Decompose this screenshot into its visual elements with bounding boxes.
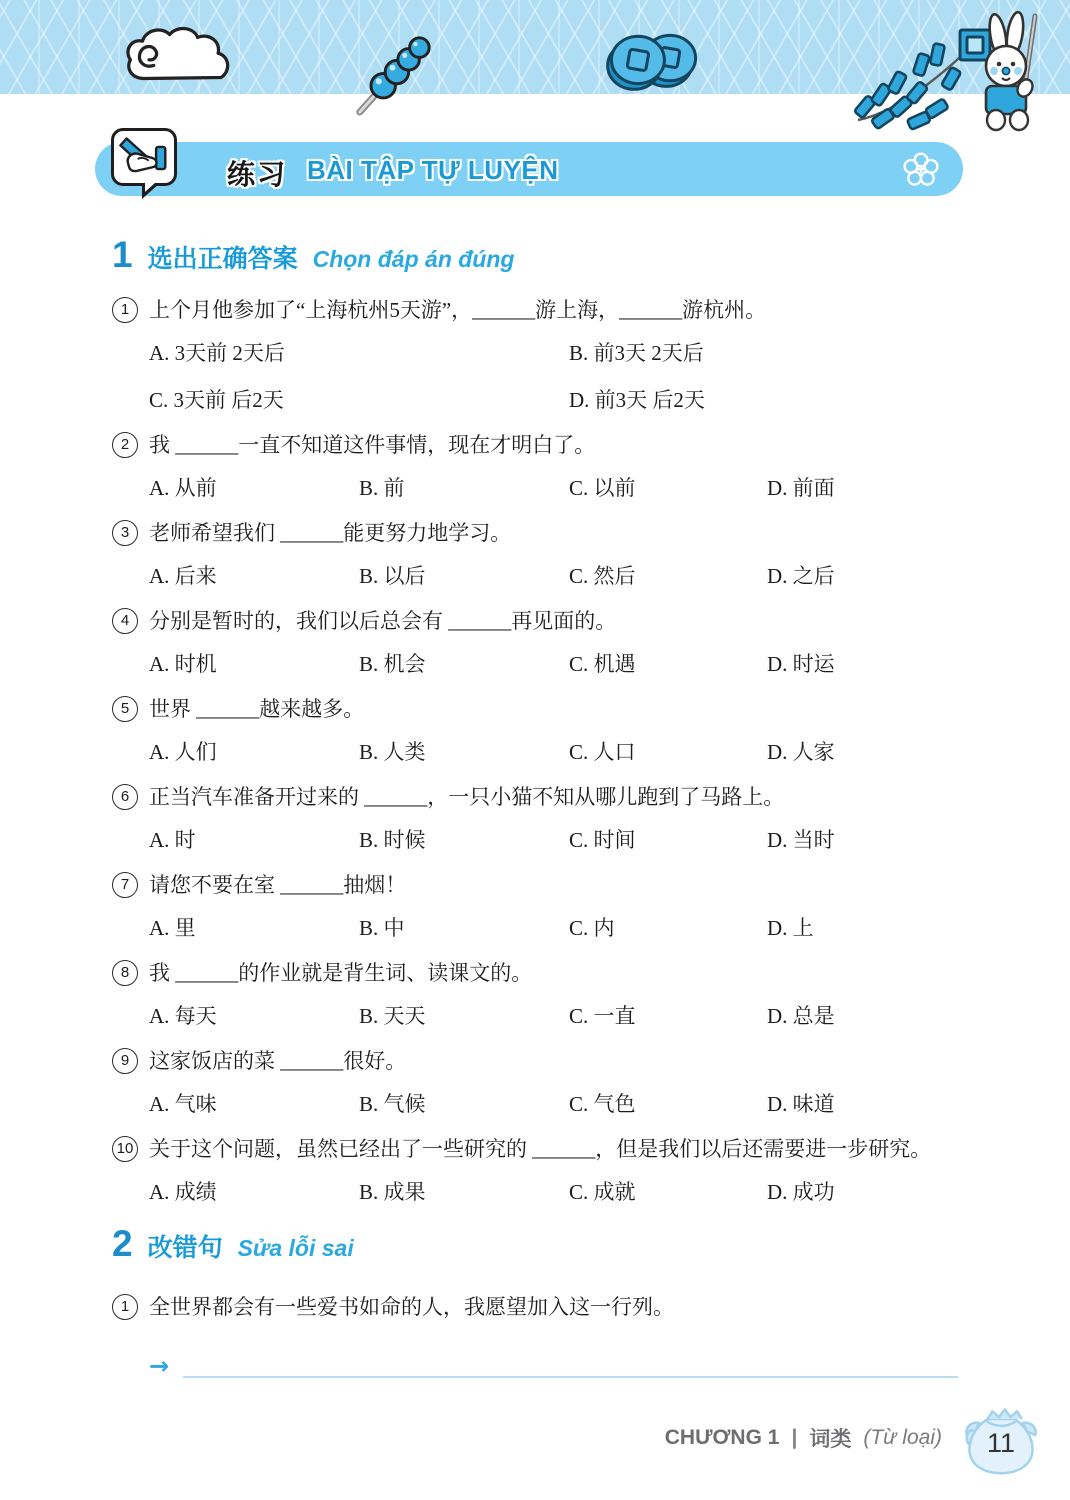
question-text: 关于这个问题，虽然已经出了一些研究的 ______，但是我们以后还需要进一步研究… [149,1134,964,1164]
option-b: B. 前3天 2天后 [569,338,964,368]
question-text: 全世界都会有一些爱书如命的人，我愿望加入这一行列。 [149,1292,964,1322]
option-c: C. 然后 [569,561,767,591]
question-number: 2 [112,432,138,458]
question-text: 世界 ______越来越多。 [149,694,964,724]
option-b: B. 天天 [359,1001,569,1031]
option-c: C. 一直 [569,1001,767,1031]
money-bag-icon: 11 [958,1398,1044,1478]
page-number: 11 [958,1428,1044,1459]
option-d: D. 上 [767,913,964,943]
option-a: A. 每天 [149,1001,359,1031]
option-d: D. 当时 [767,825,964,855]
question-1: 1 上个月他参加了“上海杭州5天游”，______游上海，______游杭州。 … [112,295,964,415]
page-content: 1 选出正确答案 Chọn đáp án đúng 1 上个月他参加了“上海杭州… [112,236,964,1393]
section2-number: 2 [112,1225,133,1262]
question-3: 3 老师希望我们 ______能更努力地学习。 A. 后来 B. 以后 C. 然… [112,518,964,591]
option-d: D. 味道 [767,1089,964,1119]
question-text: 分别是暂时的，我们以后总会有 ______再见面的。 [149,606,964,636]
section2-title-cn: 改错句 [148,1228,223,1264]
option-a: A. 人们 [149,737,359,767]
option-a: A. 时 [149,825,359,855]
question-number: 1 [112,297,138,323]
question-8: 8 我 ______的作业就是背生词、读课文的。 A. 每天 B. 天天 C. … [112,958,964,1031]
options-row: A. 3天前 2天后 B. 前3天 2天后 C. 3天前 后2天 D. 前3天 … [149,338,964,415]
option-b: B. 中 [359,913,569,943]
option-b: B. 气候 [359,1089,569,1119]
footer-topic-vi: (Từ loại) [863,1426,942,1450]
question-text: 这家饭店的菜 ______很好。 [149,1046,964,1076]
option-d: D. 前面 [767,473,964,503]
question-text: 我 ______一直不知道这件事情，现在才明白了。 [149,430,964,460]
footer-chapter: CHƯƠNG 1 [665,1426,780,1450]
question-text: 我 ______的作业就是背生词、读课文的。 [149,958,964,988]
options-row: A. 每天 B. 天天 C. 一直 D. 总是 [149,1001,964,1031]
option-d: D. 成功 [767,1177,964,1207]
section1-title-cn: 选出正确答案 [148,239,298,275]
option-b: B. 前 [359,473,569,503]
option-a: A. 成绩 [149,1177,359,1207]
banner-title-vi: BÀI TẬP TỰ LUYỆN [307,155,559,186]
arrow-icon: → [149,1354,169,1378]
cloud-icon [122,24,234,90]
option-a: A. 从前 [149,473,359,503]
options-row: A. 时机 B. 机会 C. 机遇 D. 时运 [149,649,964,679]
coins-icon [602,22,706,96]
answer-blank-line [183,1356,958,1378]
tanghulu-icon [348,30,436,118]
option-d: D. 人家 [767,737,964,767]
question-text: 上个月他参加了“上海杭州5天游”，______游上海，______游杭州。 [149,295,964,325]
question-9: 9 这家饭店的菜 ______很好。 A. 气味 B. 气候 C. 气色 D. … [112,1046,964,1119]
options-row: A. 里 B. 中 C. 内 D. 上 [149,913,964,943]
options-row: A. 从前 B. 前 C. 以前 D. 前面 [149,473,964,503]
question-number: 10 [112,1136,138,1162]
section1-title-vi: Chọn đáp án đúng [313,246,515,273]
option-d: D. 前3天 后2天 [569,385,964,415]
option-b: B. 成果 [359,1177,569,1207]
option-d: D. 时运 [767,649,964,679]
option-a: A. 3天前 2天后 [149,338,569,368]
section1-number: 1 [112,236,133,273]
question-number: 6 [112,784,138,810]
option-b: B. 时候 [359,825,569,855]
question-6: 6 正当汽车准备开过来的 ______，一只小猫不知从哪儿跑到了马路上。 A. … [112,782,964,855]
option-b: B. 以后 [359,561,569,591]
option-a: A. 时机 [149,649,359,679]
option-c: C. 机遇 [569,649,767,679]
speech-bubble [111,128,177,186]
page-footer: CHƯƠNG 1 | 词类 (Từ loại) 11 [0,1398,1044,1478]
section2-heading: 2 改错句 Sửa lỗi sai [112,1225,964,1264]
option-c: C. 成就 [569,1177,767,1207]
answer-row: → [149,1354,964,1378]
plum-blossom-icon [899,150,943,190]
options-row: A. 人们 B. 人类 C. 人口 D. 人家 [149,737,964,767]
rewrite-question-1: 1 全世界都会有一些爱书如命的人，我愿望加入这一行列。 → [112,1292,964,1378]
question-number: 3 [112,520,138,546]
option-a: A. 里 [149,913,359,943]
question-2: 2 我 ______一直不知道这件事情，现在才明白了。 A. 从前 B. 前 C… [112,430,964,503]
question-text: 老师希望我们 ______能更努力地学习。 [149,518,964,548]
question-text: 请您不要在室 ______抽烟！ [149,870,964,900]
question-number: 7 [112,872,138,898]
question-5: 5 世界 ______越来越多。 A. 人们 B. 人类 C. 人口 D. 人家 [112,694,964,767]
option-a: A. 后来 [149,561,359,591]
header-decor-band [0,0,1070,94]
footer-topic-cn: 词类 [809,1423,851,1453]
option-c: C. 时间 [569,825,767,855]
option-b: B. 机会 [359,649,569,679]
pencil-writing-icon [117,134,173,182]
footer-separator: | [791,1426,797,1450]
question-number: 1 [112,1294,138,1320]
question-7: 7 请您不要在室 ______抽烟！ A. 里 B. 中 C. 内 D. 上 [112,870,964,943]
option-d: D. 之后 [767,561,964,591]
option-d: D. 总是 [767,1001,964,1031]
question-number: 5 [112,696,138,722]
question-number: 9 [112,1048,138,1074]
option-c: C. 以前 [569,473,767,503]
option-c: C. 内 [569,913,767,943]
exercise-banner: 练习 BÀI TẬP TỰ LUYỆN [95,142,963,196]
option-c: C. 人口 [569,737,767,767]
option-c: C. 气色 [569,1089,767,1119]
banner-title-cn: 练习 [227,153,287,193]
section1-heading: 1 选出正确答案 Chọn đáp án đúng [112,236,964,275]
option-c: C. 3天前 后2天 [149,385,569,415]
options-row: A. 时 B. 时候 C. 时间 D. 当时 [149,825,964,855]
question-number: 8 [112,960,138,986]
options-row: A. 气味 B. 气候 C. 气色 D. 味道 [149,1089,964,1119]
question-10: 10 关于这个问题，虽然已经出了一些研究的 ______，但是我们以后还需要进一… [112,1134,964,1207]
rabbit-with-firecrackers-icon [852,8,1052,132]
option-a: A. 气味 [149,1089,359,1119]
question-4: 4 分别是暂时的，我们以后总会有 ______再见面的。 A. 时机 B. 机会… [112,606,964,679]
options-row: A. 后来 B. 以后 C. 然后 D. 之后 [149,561,964,591]
options-row: A. 成绩 B. 成果 C. 成就 D. 成功 [149,1177,964,1207]
section2-title-vi: Sửa lỗi sai [238,1235,354,1262]
option-b: B. 人类 [359,737,569,767]
question-text: 正当汽车准备开过来的 ______，一只小猫不知从哪儿跑到了马路上。 [149,782,964,812]
question-number: 4 [112,608,138,634]
